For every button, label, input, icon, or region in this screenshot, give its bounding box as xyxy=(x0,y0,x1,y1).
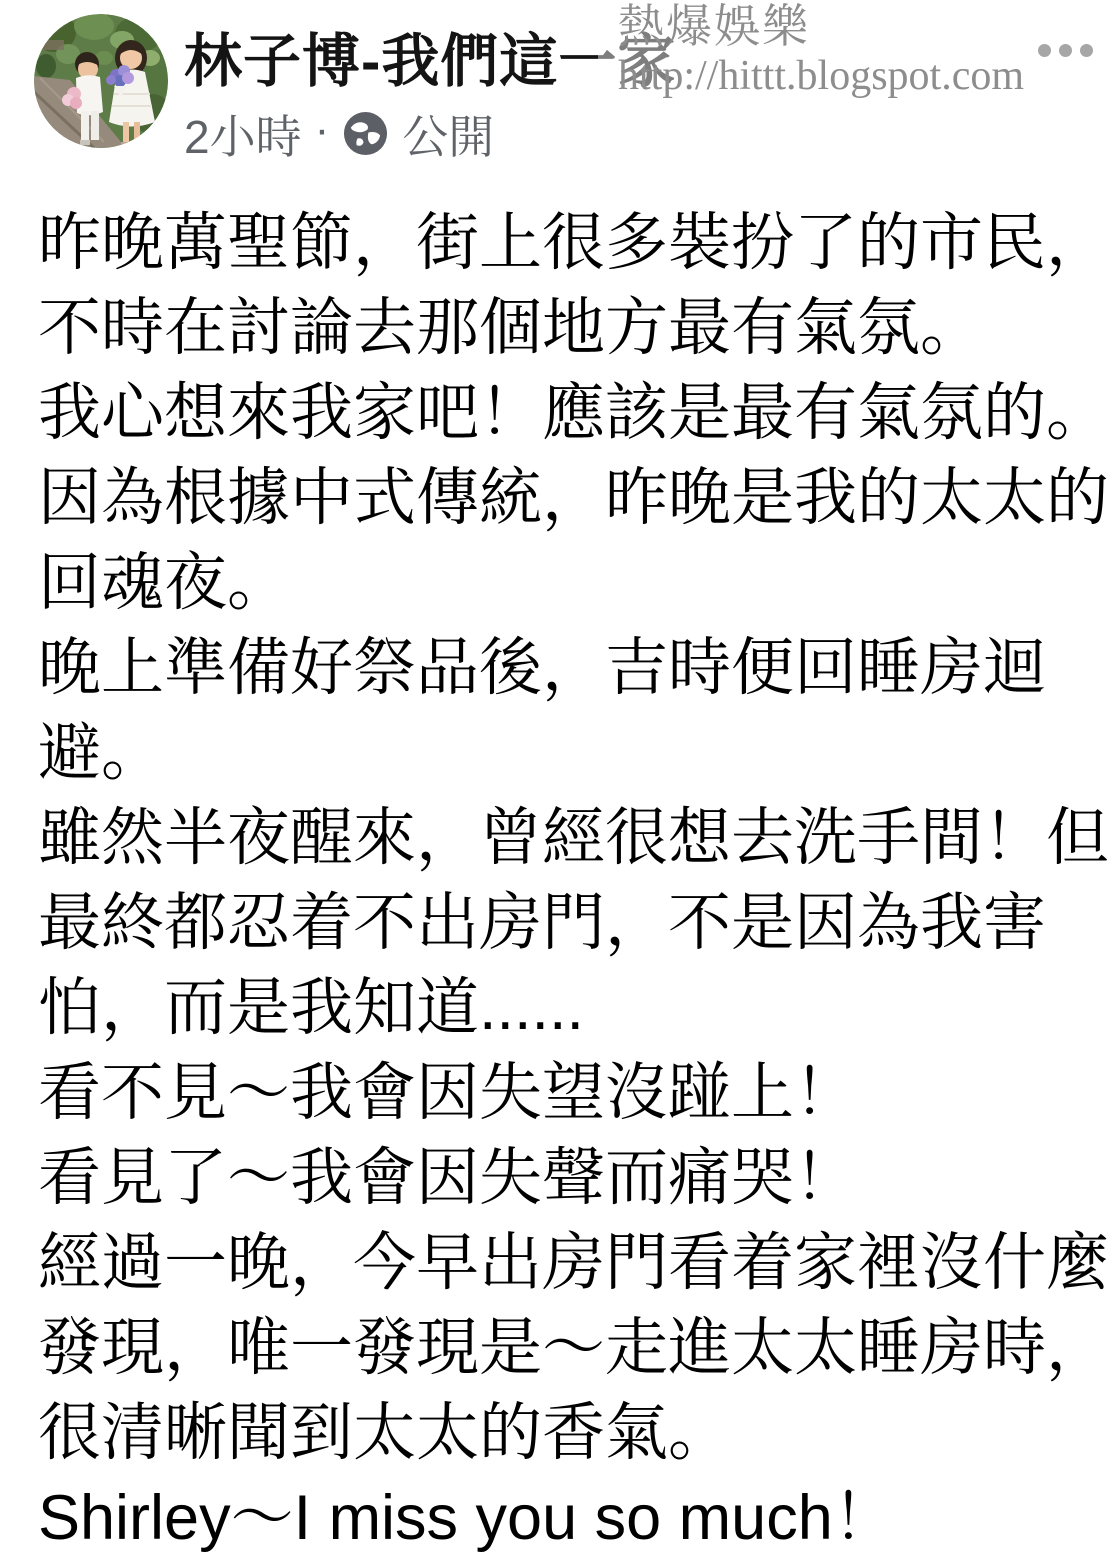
post-text-line: 避。 xyxy=(38,711,1102,796)
post-body: 昨晚萬聖節，街上很多裝扮了的市民， 不時在討論去那個地方最有氣氛。 我心想來我家… xyxy=(38,201,1102,1561)
post-text-line: 我心想來我家吧！應該是最有氣氛的。 xyxy=(38,371,1102,456)
watermark-site-name: 熱爆娛樂 xyxy=(618,4,1070,50)
post-text-line: 昨晚萬聖節，街上很多裝扮了的市民， xyxy=(38,201,1102,286)
post-meta: 2小時 · 公開 xyxy=(184,101,676,167)
watermark: 熱爆娛樂 http://hittt.blogspot.com xyxy=(598,0,1070,104)
meta-separator: · xyxy=(315,108,330,152)
facebook-post: 林子博-我們這一家 2小時 · 公開 熱爆娛樂 http://hittt.blo… xyxy=(0,0,1118,1567)
post-text-line: 看見了～我會因失聲而痛哭！ xyxy=(38,1136,1102,1221)
post-text-line: 怕，而是我知道...... xyxy=(38,966,1102,1051)
timestamp[interactable]: 2小時 xyxy=(184,101,302,167)
post-text-line: 很清晰聞到太太的香氣。 xyxy=(38,1391,1102,1476)
post-text-line: 看不見～我會因失望沒踫上！ xyxy=(38,1051,1102,1136)
post-text-line: 因為根據中式傳統，昨晚是我的太太的 xyxy=(38,456,1102,541)
ellipsis-dot xyxy=(1038,44,1051,57)
post-header: 林子博-我們這一家 2小時 · 公開 xyxy=(34,14,676,167)
avatar[interactable] xyxy=(34,14,168,148)
post-text-line: 雖然半夜醒來，曾經很想去洗手間！但 xyxy=(38,796,1102,881)
ellipsis-dot xyxy=(1059,44,1072,57)
avatar-photo xyxy=(34,14,168,148)
post-text-line: 經過一晚，今早出房門看着家裡沒什麼 xyxy=(38,1221,1102,1306)
watermark-url: http://hittt.blogspot.com xyxy=(618,55,1070,97)
post-text-line: 最終都忍着不出房門，不是因為我害 xyxy=(38,881,1102,966)
privacy-label[interactable]: 公開 xyxy=(402,101,494,167)
post-text-line: Shirley～I miss you so much！ xyxy=(38,1476,1102,1561)
post-text-line: 不時在討論去那個地方最有氣氛。 xyxy=(38,286,1102,371)
more-options-button[interactable] xyxy=(1038,44,1093,57)
post-text-line: 回魂夜。 xyxy=(38,541,1102,626)
ellipsis-dot xyxy=(1080,44,1093,57)
post-text-line: 晚上準備好祭品後，吉時便回睡房迴 xyxy=(38,626,1102,711)
globe-icon xyxy=(342,110,389,157)
post-text-line: 發現，唯一發現是～走進太太睡房時， xyxy=(38,1306,1102,1391)
